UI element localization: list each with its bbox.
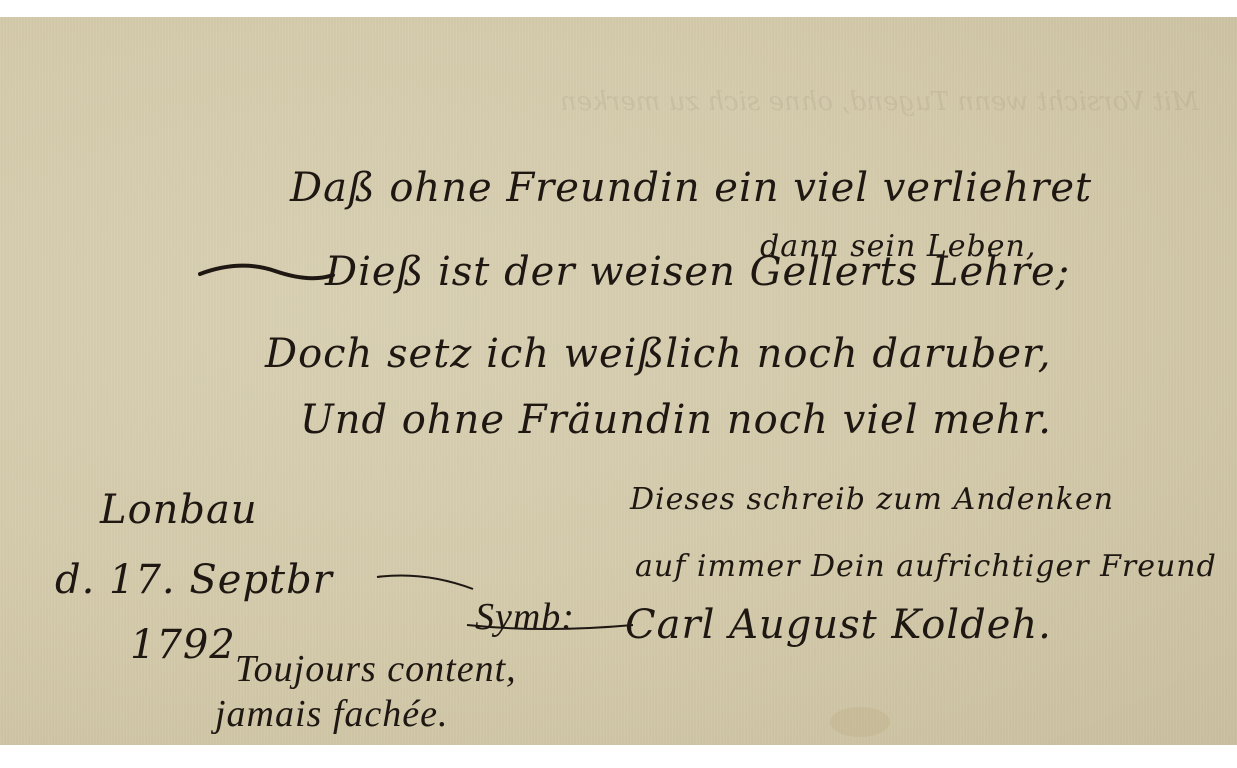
paper-stain [830,707,890,737]
flourish-date-line [375,567,475,597]
flourish-swash [195,249,335,289]
motto-line-1: Toujours content, [235,647,517,691]
show-through-text: Mit Vorsicht wenn Tugend, ohne sich zu m… [560,87,1198,117]
flourish-symbol-underline [465,619,635,639]
signature-line-1: Dieses schreib zum Andenken [630,482,1114,517]
album-page: Mit Vorsicht wenn Tugend, ohne sich zu m… [0,17,1237,745]
motto-line-2: jamais fachée. [215,692,449,736]
entry-date: d. 17. Septbr [55,557,333,603]
verse-line-4: Und ohne Fräundin noch viel mehr. [300,397,1052,443]
place-name: Lonbau [100,487,258,533]
signature-name: Carl August Koldeh. [625,602,1052,648]
verse-line-3: Doch setz ich weißlich noch daruber, [265,331,1051,377]
entry-year: 1792 [130,622,236,668]
verse-line-2: Dieß ist der weisen Gellerts Lehre; [325,249,1070,295]
signature-line-2: auf immer Dein aufrichtiger Freund [635,549,1217,584]
verse-line-1: Daß ohne Freundin ein viel verliehret [290,165,1092,211]
